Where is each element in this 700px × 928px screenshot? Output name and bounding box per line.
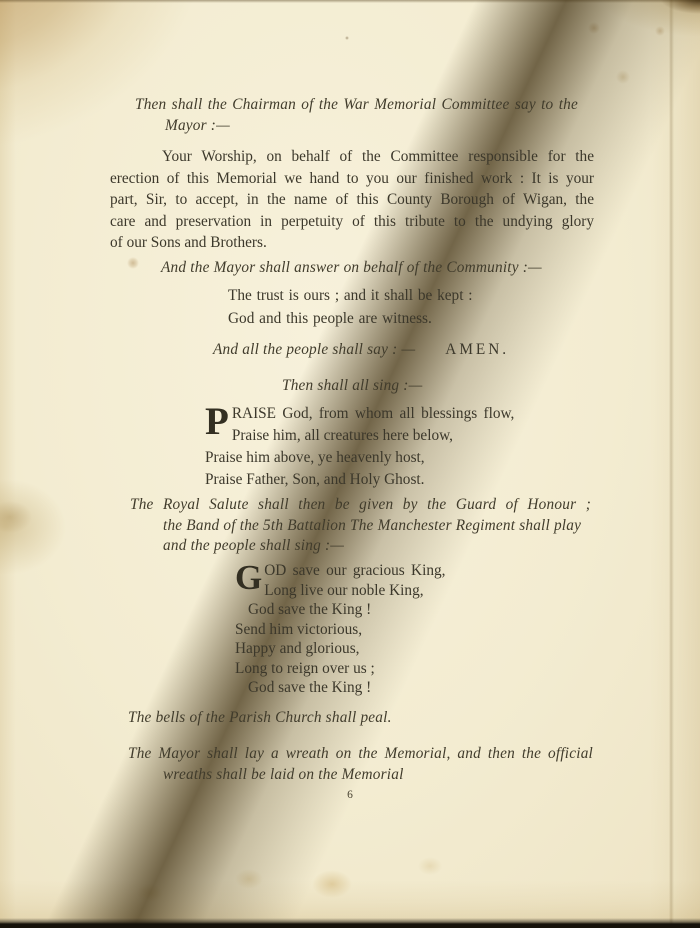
rubric-all-sing: Then shall all sing :— (282, 375, 422, 396)
anthem-line: Long to reign over us ; (235, 659, 525, 679)
rubric-chairman-line1: Then shall the Chairman of the War Memor… (135, 94, 578, 115)
anthem-line: Happy and glorious, (235, 639, 525, 659)
doxology-line: RAISE God, from whom all blessings flow, (205, 403, 535, 425)
amen-text: AMEN. (445, 341, 509, 358)
page-number: 6 (0, 789, 700, 801)
rubric-people-say: And all the people shall say : —AMEN. (213, 339, 509, 361)
address-line: of our Sons and Brothers. (110, 232, 594, 254)
rubric-royal-salute-line: and the people shall sing :— (163, 536, 591, 557)
anthem-line: OD save our gracious King, (235, 561, 525, 581)
dropcap-p: P (205, 402, 229, 446)
address-line: erection of this Memorial we hand to you… (110, 168, 594, 190)
anthem-line: God save the King ! (235, 678, 525, 698)
dropcap-g: G (235, 560, 262, 599)
address-line: part, Sir, to accept, in the name of thi… (110, 189, 594, 211)
anthem-line: Long live our noble King, (235, 581, 525, 601)
doxology-line: Praise Father, Son, and Holy Ghost. (205, 469, 535, 491)
scanned-page: Then shall the Chairman of the War Memor… (0, 0, 700, 928)
rubric-royal-salute-line: the Band of the 5th Battalion The Manche… (163, 516, 591, 537)
doxology-line: Praise him, all creatures here below, (205, 425, 535, 447)
rubric-royal-salute: The Royal Salute shall then be given by … (130, 495, 591, 557)
address-paragraph: Your Worship, on behalf of the Committee… (110, 146, 594, 254)
anthem-line: God save the King ! (235, 600, 525, 620)
doxology-line: Praise him above, ye heavenly host, (205, 447, 535, 469)
rubric-wreath-line: wreaths shall be laid on the Memorial (163, 764, 593, 785)
response-line: God and this people are witness. (228, 308, 473, 331)
rubric-people-say-text: And all the people shall say : — (213, 341, 415, 358)
address-line: care and preservation in perpetuity of t… (110, 211, 594, 233)
anthem-verse: G OD save our gracious King, Long live o… (235, 561, 525, 698)
rubric-bells: The bells of the Parish Church shall pea… (128, 707, 392, 728)
rubric-wreath-line: The Mayor shall lay a wreath on the Memo… (128, 743, 593, 764)
rubric-chairman: Then shall the Chairman of the War Memor… (135, 94, 578, 136)
response-line: The trust is ours ; and it shall be kept… (228, 285, 473, 308)
rubric-chairman-line2: Mayor :— (165, 115, 578, 136)
rubric-royal-salute-line: The Royal Salute shall then be given by … (130, 495, 591, 516)
rubric-mayor-answer: And the Mayor shall answer on behalf of … (161, 257, 542, 278)
doxology-verse: P RAISE God, from whom all blessings flo… (205, 403, 535, 491)
anthem-line: Send him victorious, (235, 620, 525, 640)
rubric-wreath: The Mayor shall lay a wreath on the Memo… (128, 743, 593, 785)
address-line: Your Worship, on behalf of the Committee… (110, 146, 594, 168)
response-verse: The trust is ours ; and it shall be kept… (228, 285, 473, 330)
